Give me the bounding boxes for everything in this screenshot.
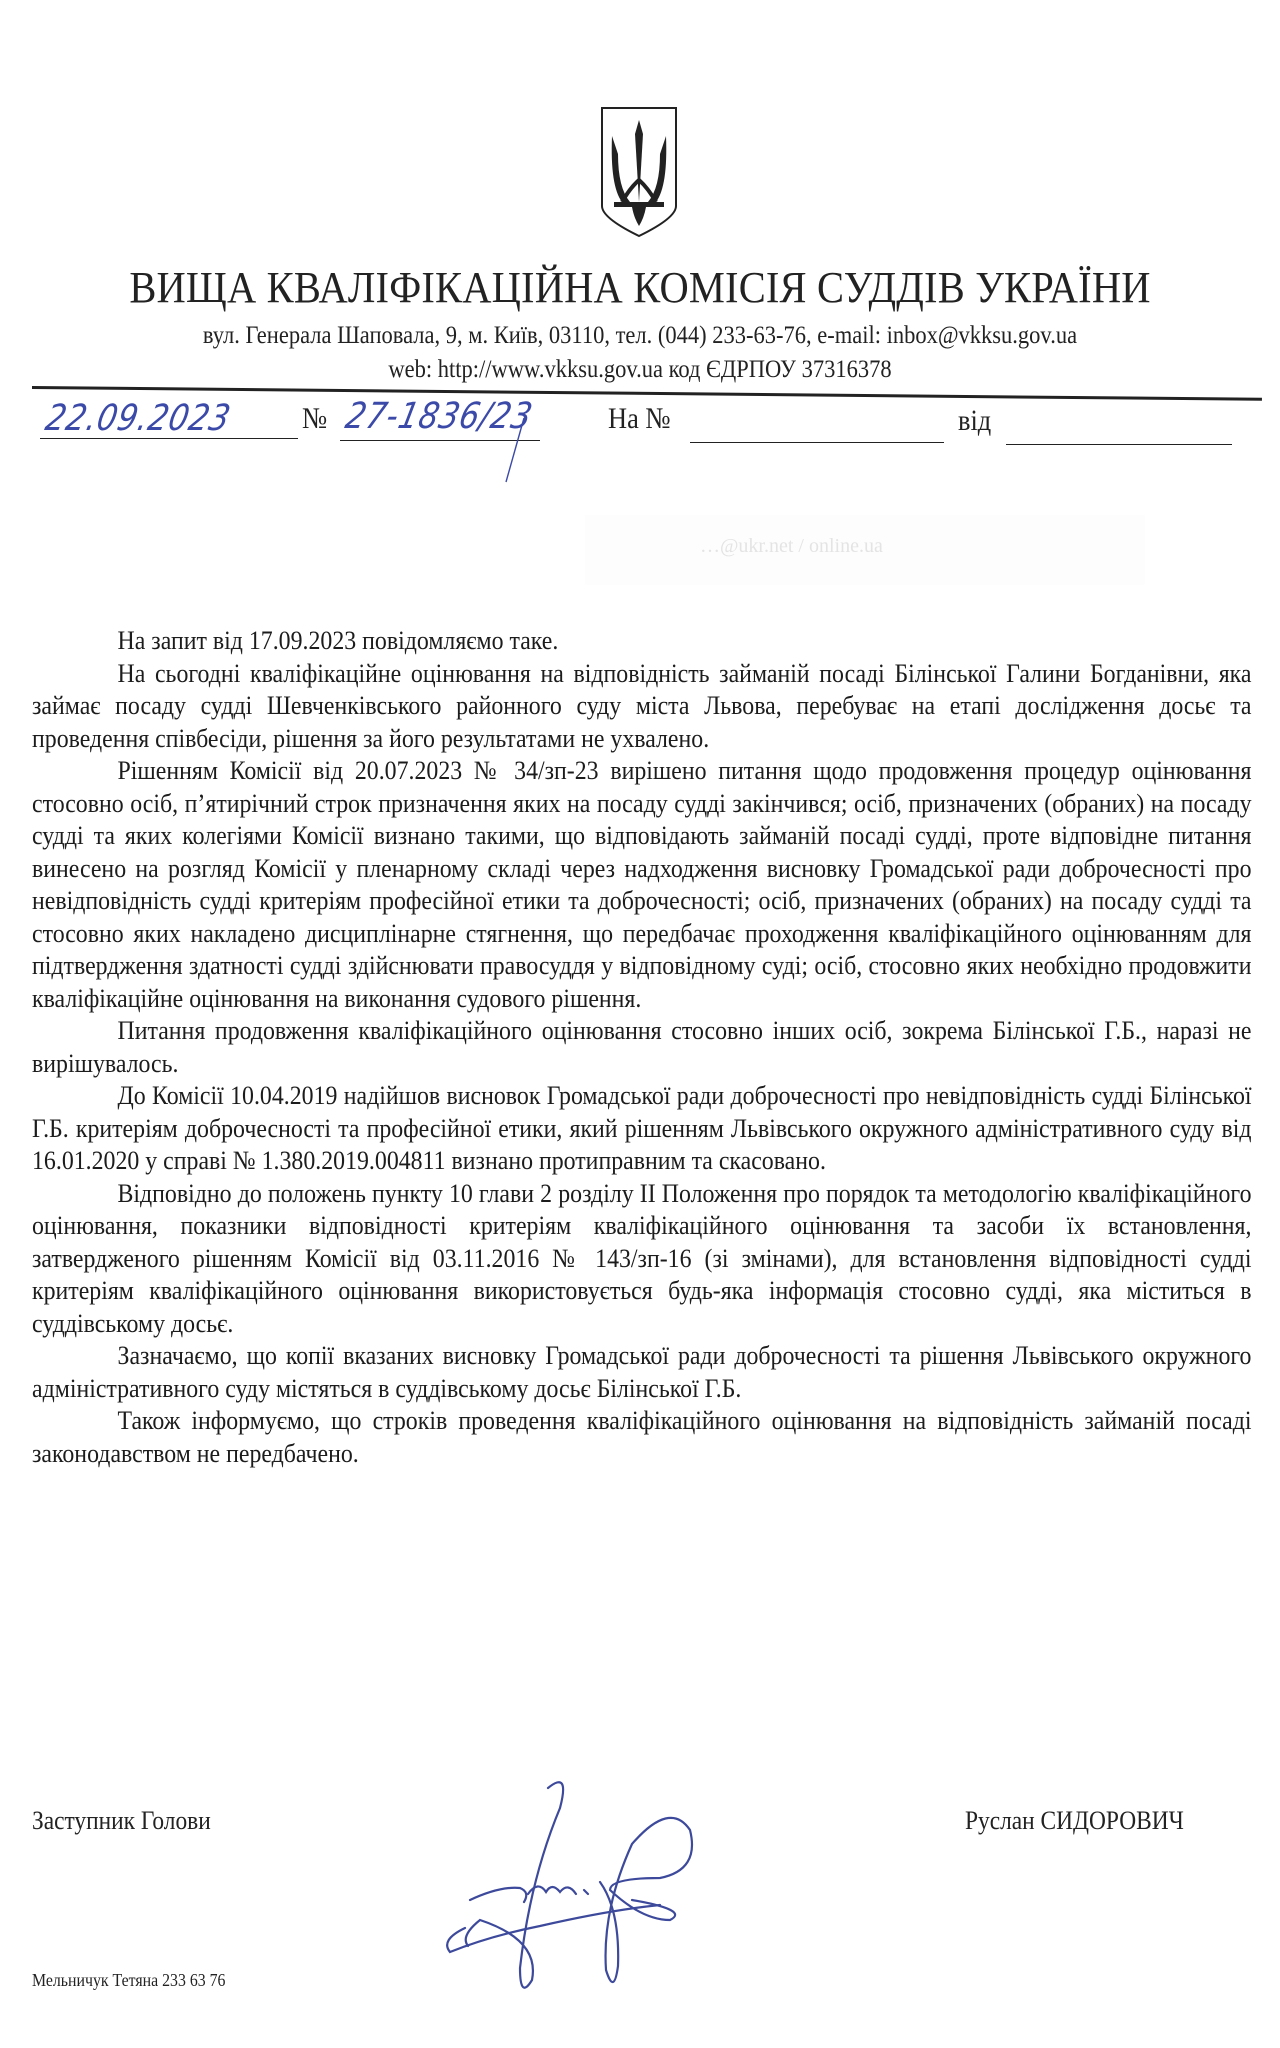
paragraph: На запит від 17.09.2023 повідомляємо так… <box>32 624 1252 657</box>
signatory-name: Руслан СИДОРОВИЧ <box>965 1806 1184 1836</box>
organization-address: вул. Генерала Шаповала, 9, м. Київ, 0311… <box>64 322 1216 350</box>
paragraph: Також інформуємо, що строків проведення … <box>32 1404 1252 1469</box>
paragraph: Питання продовження кваліфікаційного оці… <box>32 1014 1252 1079</box>
paragraph: Рішенням Комісії від 20.07.2023 № 34/зп-… <box>32 754 1252 1014</box>
letter-page: ВИЩА КВАЛІФІКАЦІЙНА КОМІСІЯ СУДДІВ УКРАЇ… <box>0 0 1280 2048</box>
outgoing-date: 22.09.2023 <box>42 398 234 439</box>
number-label: № <box>302 402 327 436</box>
paragraph: До Комісії 10.04.2019 надійшов висновок … <box>32 1079 1252 1177</box>
paragraph: Відповідно до положень пункту 10 глави 2… <box>32 1177 1252 1340</box>
letter-body: На запит від 17.09.2023 повідомляємо так… <box>32 624 1130 1469</box>
paragraph: Зазначаємо, що копії вказаних висновку Г… <box>32 1339 1252 1404</box>
from-underline <box>1006 444 1232 445</box>
organization-web: web: http://www.vkksu.gov.ua код ЄДРПОУ … <box>64 356 1216 384</box>
pen-stroke-icon <box>500 416 530 486</box>
executor-contact: Мельничук Тетяна 233 63 76 <box>32 1970 225 1991</box>
reply-to-label: На № <box>608 402 671 436</box>
from-label: від <box>958 404 991 438</box>
redacted-recipient-text: …@ukr.net / online.ua <box>700 535 883 558</box>
trident-icon <box>600 106 678 238</box>
reference-row: 22.09.2023 № 27-1836/23 На № від <box>30 396 1260 456</box>
signatory-role: Заступник Голови <box>32 1806 211 1836</box>
handwritten-signature-icon <box>370 1760 770 2010</box>
reply-to-underline <box>690 442 944 443</box>
organization-title: ВИЩА КВАЛІФІКАЦІЙНА КОМІСІЯ СУДДІВ УКРАЇ… <box>51 262 1229 313</box>
paragraph: На сьогодні кваліфікаційне оцінювання на… <box>32 657 1252 755</box>
date-underline <box>40 438 298 439</box>
